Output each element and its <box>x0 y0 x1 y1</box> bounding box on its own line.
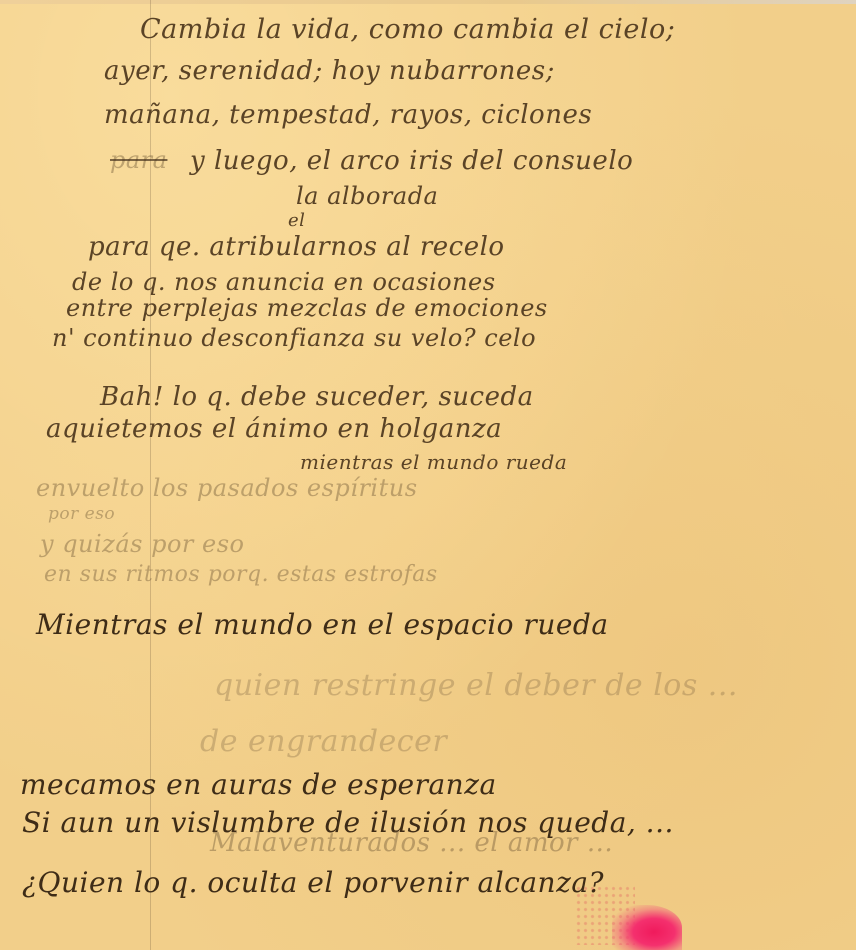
faint-erased-line: y quizás por eso <box>40 530 244 558</box>
manuscript-line: ¿Quien lo q. oculta el porvenir alcanza? <box>22 866 604 899</box>
manuscript-line: aquietemos el ánimo en holganza <box>46 414 502 444</box>
manuscript-line: para qe. atribularnos al recelo <box>88 232 505 262</box>
faint-erased-line: quien restringe el deber de los ... <box>214 668 738 703</box>
manuscript-line: n' continuo desconfianza su velo? celo <box>52 324 536 352</box>
faint-erased-line: envuelto los pasados espíritus <box>36 474 418 502</box>
manuscript-line: entre perplejas mezclas de emociones <box>66 294 548 322</box>
manuscript-line: mientras el mundo rueda <box>300 450 567 474</box>
struck-word: para <box>110 146 167 174</box>
manuscript-line: mañana, tempestad, rayos, ciclones <box>104 100 592 130</box>
manuscript-line: Cambia la vida, como cambia el cielo; <box>140 14 675 45</box>
manuscript-line: mecamos en auras de esperanza <box>20 768 497 801</box>
faint-erased-line: en sus ritmos porq. estas estrofas <box>44 562 438 587</box>
manuscript-line: Bah! lo q. debe suceder, suceda <box>100 382 534 412</box>
interlinear-correction: la alborada <box>296 182 438 210</box>
manuscript-line: y luego, el arco iris del consuelo <box>190 146 633 176</box>
manuscript-line: de lo q. nos anuncia en ocasiones <box>72 268 496 296</box>
manuscript-line: Mientras el mundo en el espacio rueda <box>36 608 609 641</box>
faint-erased-line: de engrandecer <box>200 724 447 759</box>
faint-erased-line: por eso <box>48 504 115 524</box>
faint-erased-line: Malaventurados ... el amor ... <box>210 828 613 858</box>
red-ink-stain <box>612 905 682 950</box>
paper-top-edge <box>0 0 856 4</box>
manuscript-line: ayer, serenidad; hoy nubarrones; <box>104 56 555 86</box>
interlinear-correction: el <box>288 210 305 231</box>
